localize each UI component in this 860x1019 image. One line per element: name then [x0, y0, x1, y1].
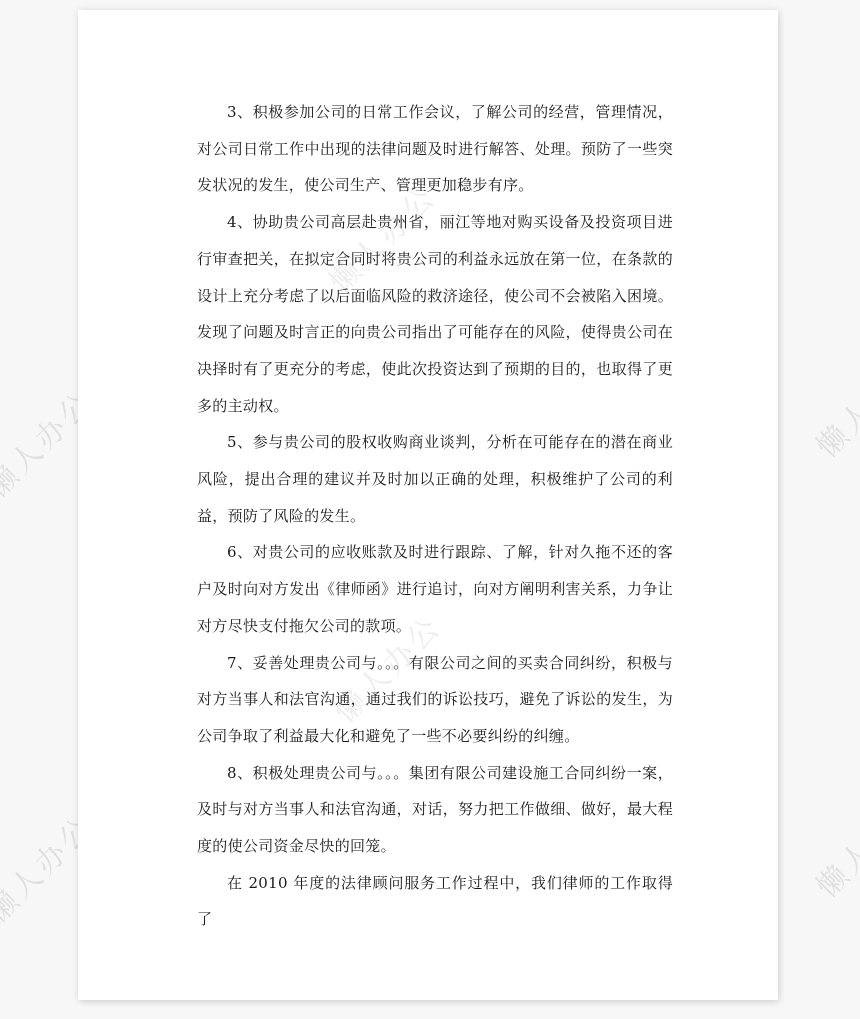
paragraph-summary: 在 2010 年度的法律顾问服务工作过程中，我们律师的工作取得了	[197, 865, 673, 938]
paragraph-item-6: 6、对贵公司的应收账款及时进行跟踪、了解，针对久拖不还的客户及时向对方发出《律师…	[197, 534, 673, 644]
paragraph-item-5: 5、参与贵公司的股权收购商业谈判，分析在可能存在的潜在商业风险，提出合理的建议并…	[197, 424, 673, 534]
document-body: 3、积极参加公司的日常工作会议，了解公司的经营，管理情况，对公司日常工作中出现的…	[197, 94, 673, 938]
watermark-right-lower: 懒人办公	[804, 778, 860, 905]
watermark-right-upper: 懒人办公	[804, 338, 860, 465]
paragraph-item-3: 3、积极参加公司的日常工作会议，了解公司的经营，管理情况，对公司日常工作中出现的…	[197, 94, 673, 204]
paragraph-item-7: 7、妥善处理贵公司与。。。有限公司之间的买卖合同纠纷，积极与对方当事人和法官沟通…	[197, 645, 673, 755]
document-page: 懒人办公 懒人办公 3、积极参加公司的日常工作会议，了解公司的经营，管理情况，对…	[78, 10, 778, 1000]
paragraph-item-4: 4、协助贵公司高层赴贵州省，丽江等地对购买设备及投资项目进行审查把关，在拟定合同…	[197, 204, 673, 424]
paragraph-item-8: 8、积极处理贵公司与。。。集团有限公司建设施工合同纠纷一案，及时与对方当事人和法…	[197, 755, 673, 865]
